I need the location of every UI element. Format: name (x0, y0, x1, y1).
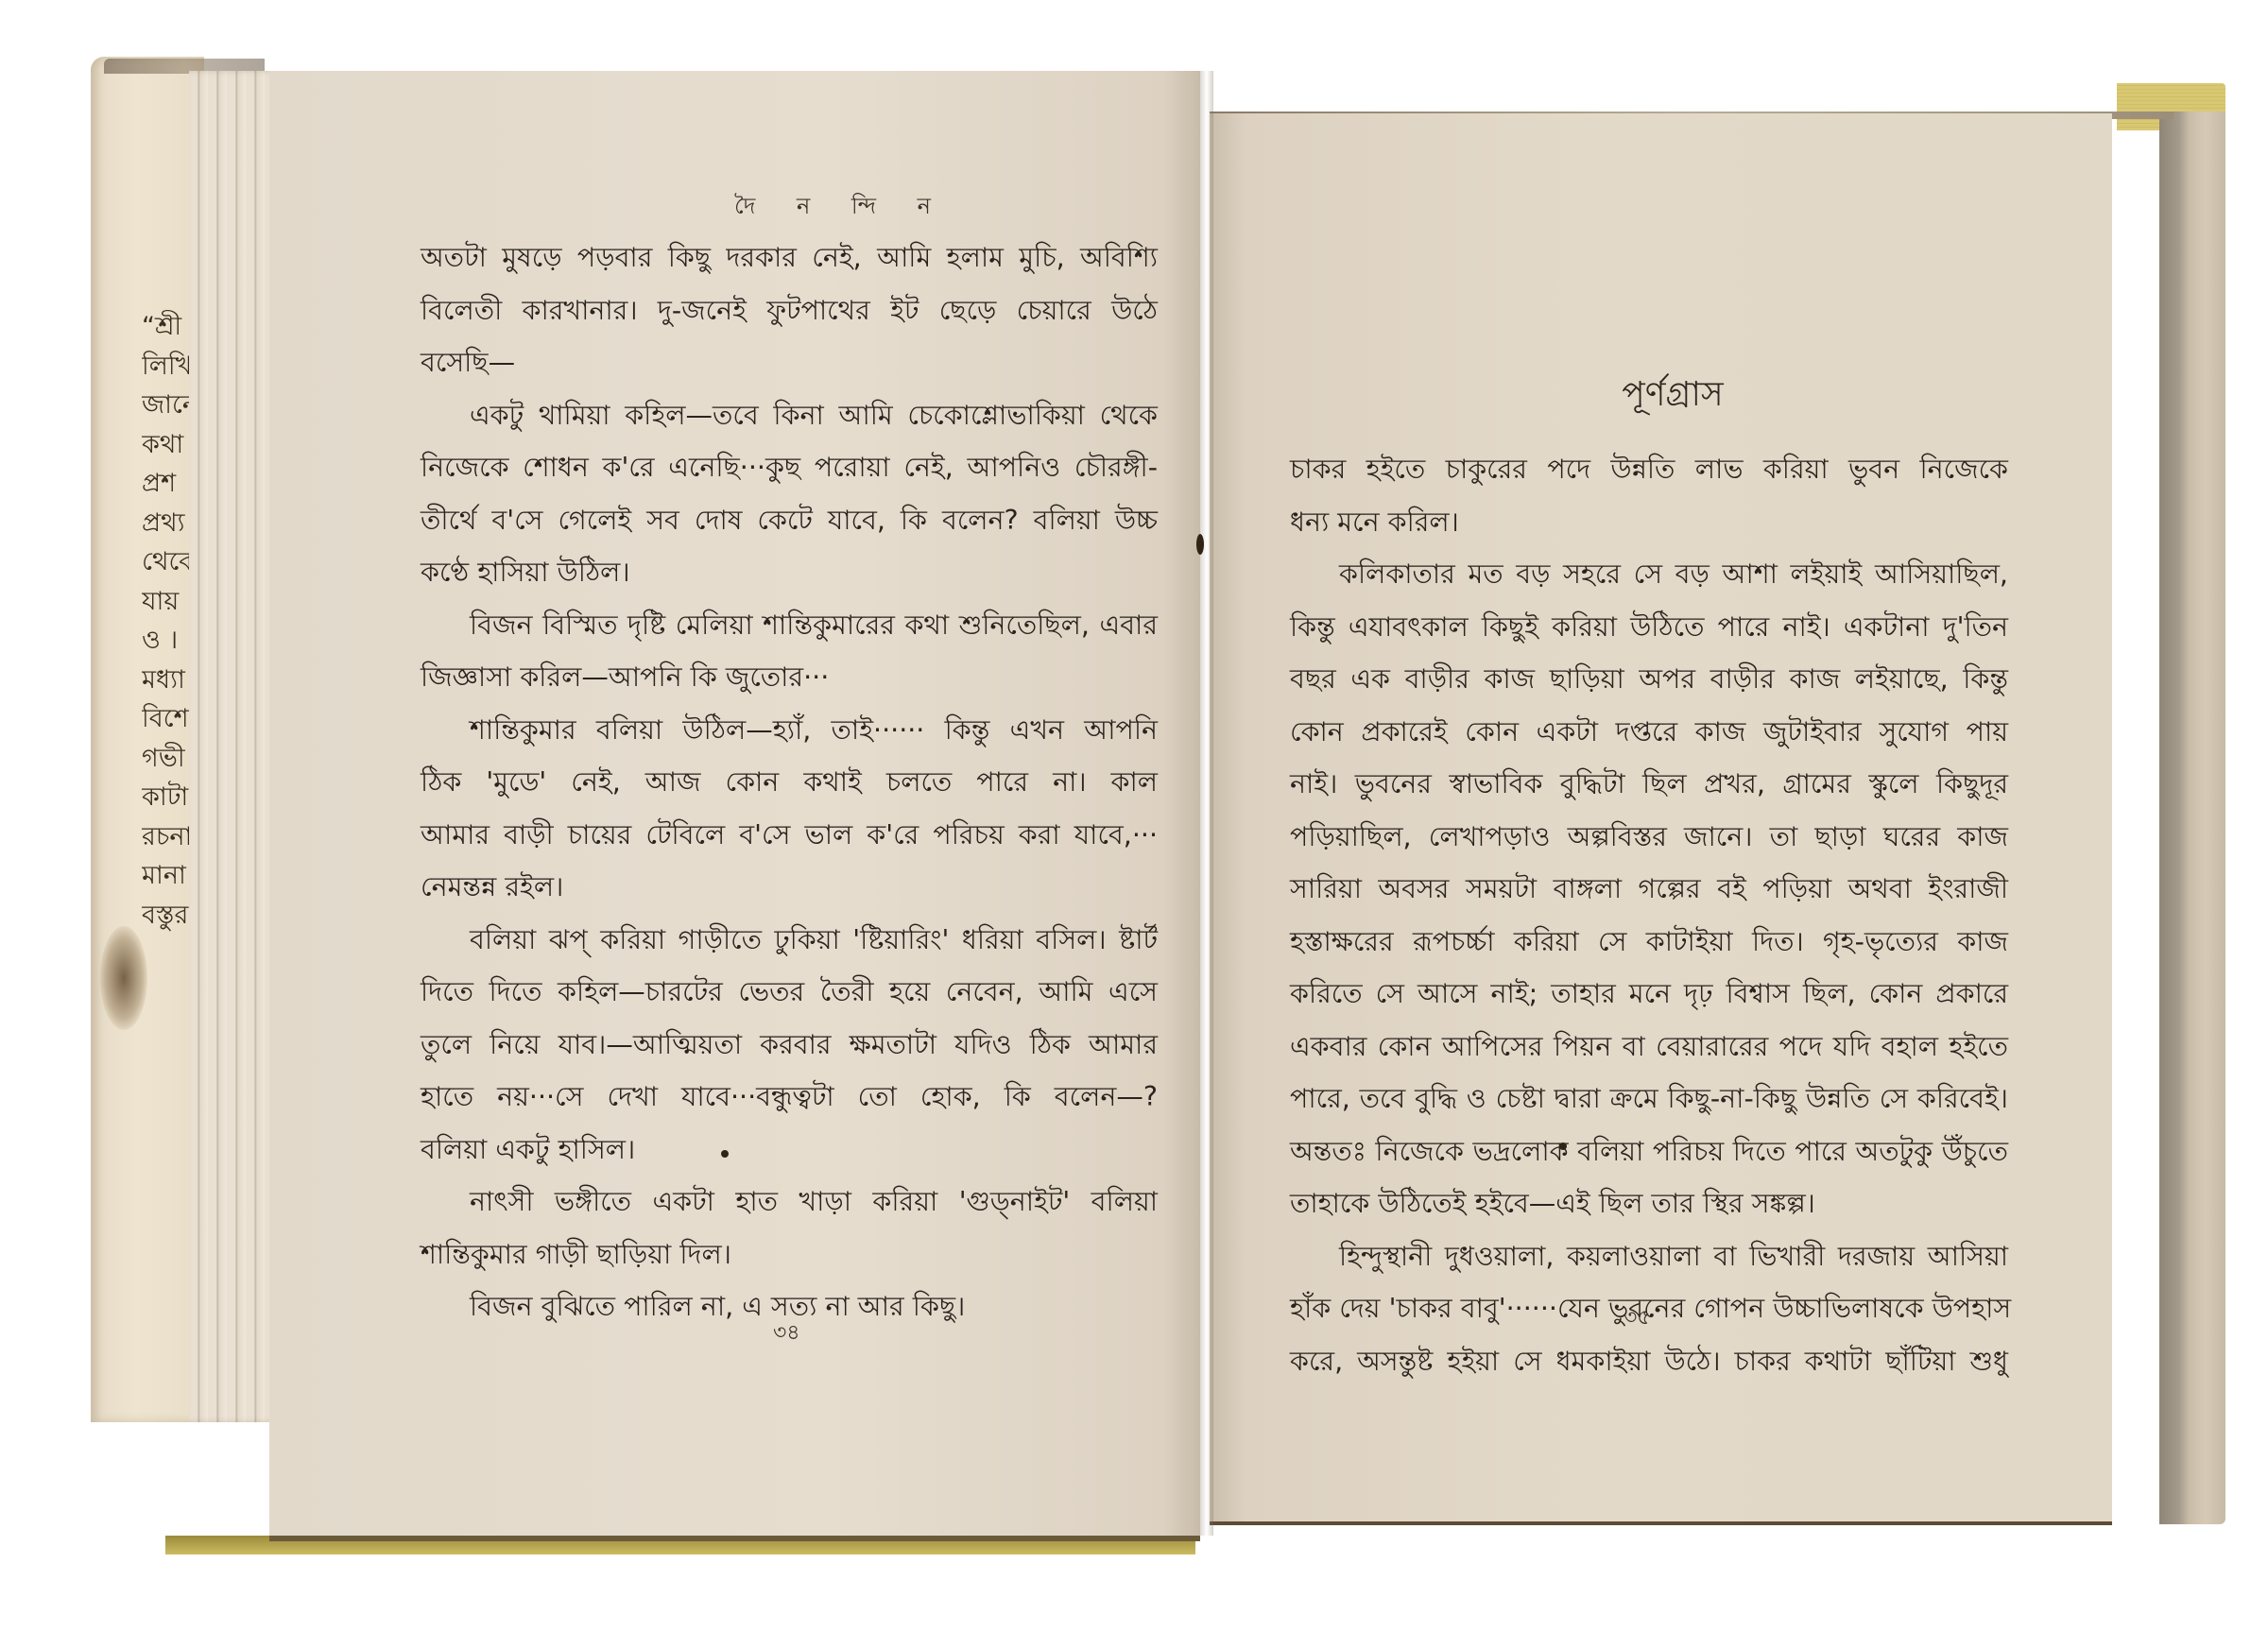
text-line: বলিয়া একটু হাসিল। (421, 1124, 1158, 1177)
text-line: আমার বাড়ী চায়ের টেবিলে ব'সে ভাল ক'রে প… (421, 809, 1158, 862)
text-line: তীর্থে ব'সে গেলেই সব দোষ কেটে যাবে, কি ব… (421, 494, 1158, 547)
text-line: ধন্য মনে করিল। (1290, 496, 2008, 549)
text-line: অতটা মুষড়ে পড়বার কিছু দরকার নেই, আমি হ… (421, 232, 1158, 284)
text-line: একবার কোন আপিসের পিয়ন বা বেয়ারারের পদে… (1290, 1021, 2008, 1074)
text-line: হাতে নয়···সে দেখা যাবে···বন্ধুত্বটা তো … (421, 1071, 1158, 1124)
page-edges-stack (189, 71, 279, 1422)
text-line: বছর এক বাড়ীর কাজ ছাড়িয়া অপর বাড়ীর কা… (1290, 653, 2008, 706)
text-line: বিজন বিস্মিত দৃষ্টি মেলিয়া শান্তিকুমারে… (421, 599, 1158, 652)
spine-gutter (1200, 71, 1213, 1536)
text-line: করিতে সে আসে নাই; তাহার মনে দৃঢ় বিশ্বাস… (1290, 968, 2008, 1021)
text-line: ঠিক 'মুডে' নেই, আজ কোন কথাই চলতে পারে না… (421, 756, 1158, 809)
text-line: অন্ততঃ নিজেকে ভদ্রলোক বলিয়া পরিচয় দিতে… (1290, 1125, 2008, 1178)
text-line: বিলেতী কারখানার। দু-জনেই ফুটপাথের ইট ছেড… (421, 284, 1158, 337)
running-head: দৈ ন ন্দি ন (699, 189, 983, 227)
text-line: নাই। ভুবনের স্বাভাবিক বুদ্ধিটা ছিল প্রখর… (1290, 758, 2008, 811)
left-page-body: অতটা মুষড়ে পড়বার কিছু দরকার নেই, আমি হ… (421, 232, 1158, 1333)
right-page-body: চাকর হইতে চাকুরের পদে উন্নতি লাভ করিয়া … (1290, 443, 2008, 1387)
text-line: দিতে দিতে কহিল—চারটের ভেতর তৈরী হয়ে নেব… (421, 966, 1158, 1019)
text-line: তুলে নিয়ে যাব।—আত্মিয়তা করবার ক্ষমতাটা… (421, 1019, 1158, 1072)
text-line: নিজেকে শোধন ক'রে এনেছি···কুছ পরোয়া নেই,… (421, 441, 1158, 494)
ink-blot (1196, 534, 1204, 555)
water-stain (100, 926, 147, 1030)
text-line: হিন্দুস্থানী দুধওয়ালা, কয়লাওয়ালা বা ভ… (1290, 1230, 2008, 1283)
text-line: করে, অসন্তুষ্ট হইয়া সে ধমকাইয়া উঠে। চা… (1290, 1335, 2008, 1388)
ink-blot (721, 1150, 729, 1158)
text-line: তাহাকে উঠিতেই হইবে—এই ছিল তার স্থির সঙ্ক… (1290, 1177, 2008, 1230)
text-line: বসেছি— (421, 336, 1158, 389)
text-line: শান্তিকুমার বলিয়া উঠিল—হ্যাঁ, তাই······… (421, 704, 1158, 757)
text-line: পড়িয়াছিল, লেখাপড়াও অল্পবিস্তর জানে। ত… (1290, 811, 2008, 864)
open-book: “শ্রী লিখি জানে কথা প্রশ প্রথ্য থেবে যায… (0, 0, 2268, 1632)
text-line: কিন্তু এযাবৎকাল কিছুই করিয়া উঠিতে পারে … (1290, 601, 2008, 654)
ink-blot (1559, 1142, 1567, 1150)
page-number-right: ৩৫ (1624, 1301, 1651, 1336)
text-line: কণ্ঠে হাসিয়া উঠিল। (421, 546, 1158, 599)
text-line: কলিকাতার মত বড় সহরে সে বড় আশা লইয়াই আ… (1290, 548, 2008, 601)
text-line: জিজ্ঞাসা করিল—আপনি কি জুতোর··· (421, 651, 1158, 704)
text-line: চাকর হইতে চাকুরের পদে উন্নতি লাভ করিয়া … (1290, 443, 2008, 496)
cover-bottom-edge (165, 1536, 1195, 1555)
text-line: কোন প্রকারেই কোন একটা দপ্তরে কাজ জুটাইবা… (1290, 706, 2008, 759)
text-line: শান্তিকুমার গাড়ী ছাড়িয়া দিল। (421, 1228, 1158, 1281)
page-number-left: ৩৪ (773, 1316, 800, 1351)
text-line: পারে, তবে বুদ্ধি ও চেষ্টা দ্বারা ক্রমে ক… (1290, 1073, 2008, 1125)
text-line: হস্তাক্ষরের রূপচর্চ্চা করিয়া সে কাটাইয়… (1290, 916, 2008, 969)
text-line: নাৎসী ভঙ্গীতে একটা হাত খাড়া করিয়া 'গুড… (421, 1176, 1158, 1228)
text-line: সারিয়া অবসর সময়টা বাঙ্গলা গল্পের বই পড… (1290, 863, 2008, 916)
text-line: নেমন্তন্ন রইল। (421, 861, 1158, 914)
text-line: একটু থামিয়া কহিল—তবে কিনা আমি চেকোশ্লোভ… (421, 389, 1158, 442)
right-cover-board (2159, 112, 2225, 1524)
text-line: বলিয়া ঝপ্ করিয়া গাড়ীতে ঢুকিয়া 'ষ্টিয… (421, 914, 1158, 967)
chapter-title: পূর্ণগ্রাস (1531, 369, 1814, 425)
